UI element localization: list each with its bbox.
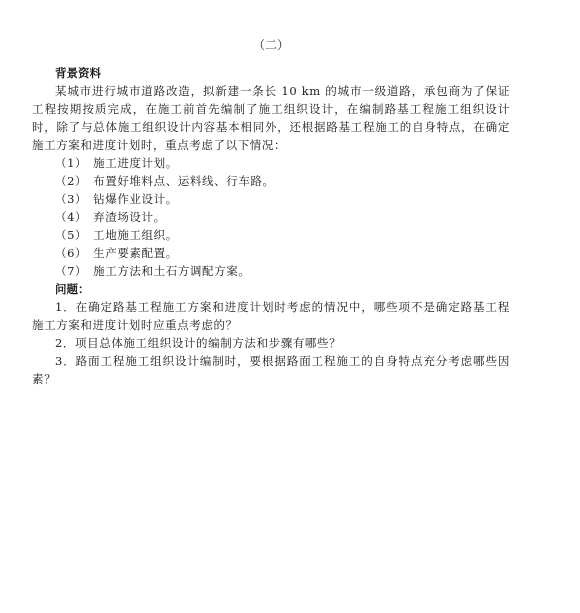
list-item: （4）弃渣场设计。 [32,208,510,226]
background-heading: 背景资料 [32,64,510,82]
question-3: 3．路面工程施工组织设计编制时，要根据路面工程施工的自身特点充分考虑哪些因素？ [32,352,510,388]
list-item: （5）工地施工组织。 [32,226,510,244]
case-title: （二） [32,36,510,54]
question-2: 2．项目总体施工组织设计的编制方法和步骤有哪些？ [32,334,510,352]
list-item: （6）生产要素配置。 [32,244,510,262]
list-item: （1）施工进度计划。 [32,154,510,172]
list-item: （3）钻爆作业设计。 [32,190,510,208]
questions-heading: 问题： [32,280,510,298]
question-1: 1．在确定路基工程施工方案和进度计划时考虑的情况中，哪些项不是确定路基工程施工方… [32,298,510,334]
background-paragraph: 某城市进行城市道路改造，拟新建一条长 10 km 的城市一级道路，承包商为了保证… [32,82,510,154]
list-item: （2）布置好堆料点、运料线、行车路。 [32,172,510,190]
considerations-list: （1）施工进度计划。 （2）布置好堆料点、运料线、行车路。 （3）钻爆作业设计。… [32,154,510,280]
list-item: （7）施工方法和土石方调配方案。 [32,262,510,280]
document-page: （二） 背景资料 某城市进行城市道路改造，拟新建一条长 10 km 的城市一级道… [32,36,510,388]
